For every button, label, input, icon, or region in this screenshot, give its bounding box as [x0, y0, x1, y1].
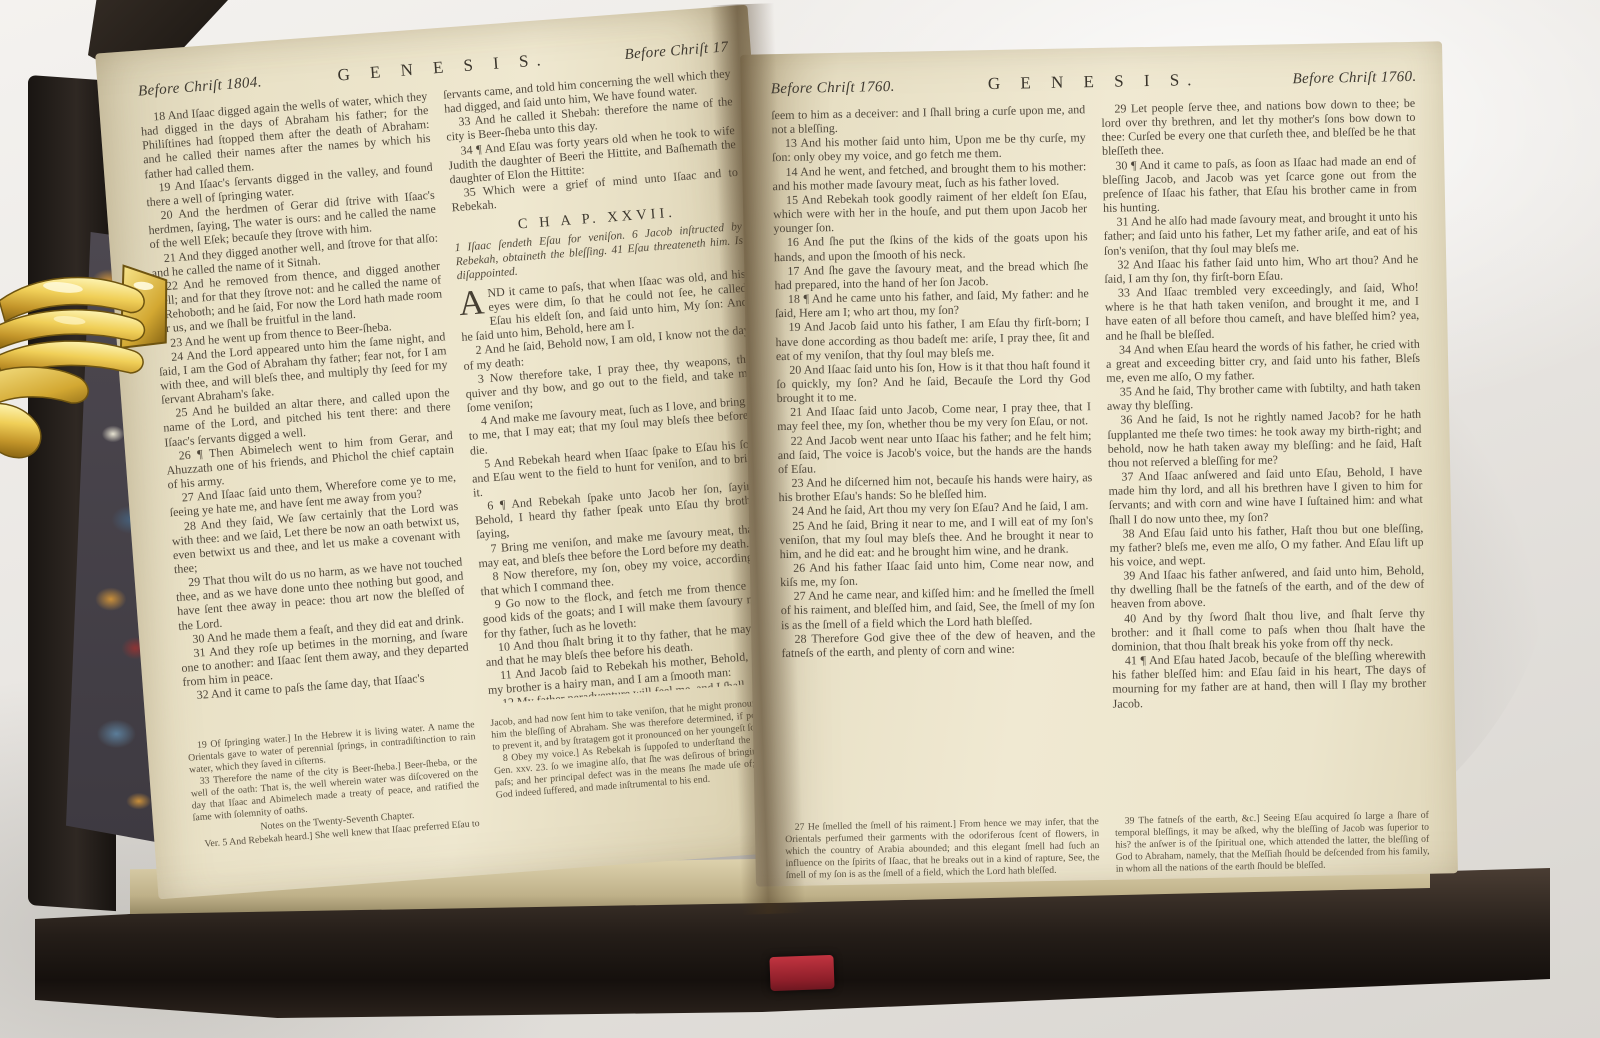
verse: 40 And by thy ſword ſhalt thou live, and… — [1111, 605, 1426, 653]
verse: 38 And Eſau ſaid unto his father, Haſt t… — [1109, 520, 1424, 568]
verse: 28 Therefore God give thee of the dew of… — [781, 626, 1095, 660]
right-page-column-1: ſeem to him as a deceiver: and I ſhall b… — [771, 102, 1098, 808]
running-title-genesis: G E N E S I S. — [337, 50, 550, 86]
right-page-column-2: 29 Let people ſerve thee, and nations bo… — [1101, 96, 1428, 802]
verse: 34 And when Eſau heard the words of his … — [1106, 336, 1421, 384]
verse: 25 And he ſaid, Bring it near to me, and… — [779, 513, 1094, 561]
dropcap-initial: A — [458, 286, 489, 318]
footnote-column-1: 27 He ſmelled the ſmell of his raiment.]… — [785, 816, 1100, 882]
left-page-column-1: 18 And Iſaac digged again the wells of w… — [140, 89, 474, 727]
running-date-right: Before Chriſt 1760. — [1292, 69, 1416, 88]
running-title-genesis: G E N E S I S. — [988, 70, 1200, 94]
footnote: 27 He ſmelled the ſmell of his raiment.]… — [785, 816, 1100, 882]
verse: 20 And Iſaac ſaid unto his ſon, How is i… — [776, 357, 1091, 405]
verse: 33 And Iſaac trembled very exceedingly, … — [1105, 280, 1420, 343]
footnote-column-1: 19 Of ſpringing water.] In the Hebrew it… — [187, 719, 482, 851]
verse: 22 And Jacob went near unto Iſaac his fa… — [777, 428, 1092, 476]
verse: 37 And Iſaac anſwered and ſaid unto Eſau… — [1108, 464, 1423, 527]
right-page: Before Chriſt 1760. G E N E S I S. Befor… — [740, 41, 1458, 886]
running-date-left: Before Chriſt 1804. — [137, 74, 262, 100]
footnote: 39 The fatneſs of the earth, &c.] Seeing… — [1115, 810, 1430, 876]
verse: 15 And Rebekah took goodly raiment of he… — [773, 187, 1088, 235]
verse: 36 And he ſaid, Is not he rightly named … — [1107, 407, 1422, 470]
red-bookmark-ribbon — [769, 955, 834, 991]
running-date-left: Before Chriſt 1760. — [771, 79, 895, 98]
chapter-26-end: ſervants came, and told him concerning t… — [443, 66, 740, 215]
verse: 30 ¶ And it came to paſs, as ſoon as Iſa… — [1102, 152, 1417, 215]
photo-open-bible: Before Chriſt 1804. G E N E S I S. Befor… — [0, 0, 1600, 1038]
verse: 27 And he came near, and kiſſed him: and… — [780, 583, 1095, 631]
right-page-header: Before Chriſt 1760. G E N E S I S. Befor… — [771, 66, 1417, 98]
verse: 19 And Jacob ſaid unto his father, I am … — [775, 315, 1090, 363]
verse: 31 And he alſo had made ſavoury meat, an… — [1103, 209, 1418, 257]
verse: 29 Let people ſerve thee, and nations bo… — [1101, 96, 1416, 159]
gold-hand-clasp-icon — [0, 226, 194, 483]
footnote-column-2: 39 The fatneſs of the earth, &c.] Seeing… — [1115, 810, 1430, 876]
right-page-footnotes: 27 He ſmelled the ſmell of his raiment.]… — [785, 810, 1432, 882]
verse: 41 ¶ And Eſau hated Jacob, becauſe of th… — [1112, 648, 1427, 711]
verse: 39 And Iſaac his father anſwered, and ſa… — [1110, 563, 1425, 611]
left-page: Before Chriſt 1804. G E N E S I S. Befor… — [95, 5, 811, 900]
